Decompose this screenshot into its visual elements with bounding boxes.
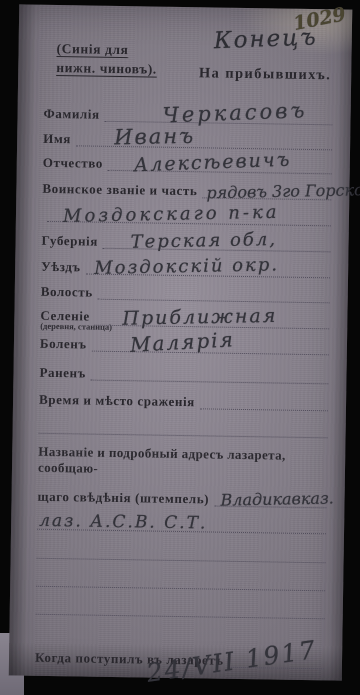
blank-line (37, 535, 326, 564)
dotted-line (37, 534, 326, 564)
field-wounded: Раненъ (39, 358, 328, 385)
field-village: Селеніе (деревня, станица) Приближная (40, 303, 329, 330)
rank-unit-label: Воинское званіе и часть (42, 181, 197, 198)
patronymic-value-handwritten: Алексѣевичъ (134, 149, 292, 177)
card-title: На прибывшихъ. (199, 65, 332, 84)
rank-unit-value-line2-handwritten: Моздокскаго п-ка (63, 202, 280, 227)
rank-unit-value-line1-handwritten: рядовъ 3го Горско- (206, 180, 360, 202)
surname-label: Фамилія (43, 106, 99, 122)
province-label: Губернія (41, 233, 98, 249)
field-sick: Боленъ Малярія (40, 329, 329, 356)
hospital-label-line2: щаго свѣдѣнія (штемпель) (37, 489, 209, 507)
hospital-value-line1-handwritten: Владикавказ. (220, 488, 334, 509)
field-surname: Фамилія Черкасовъ (43, 99, 332, 126)
sick-value-handwritten: Малярія (129, 327, 235, 357)
province-value-handwritten: Терская обл, (131, 229, 278, 253)
dotted-line (91, 358, 329, 385)
registration-card: 1029 Конецъ (Синія для нижн. чиновъ). На… (9, 4, 352, 680)
field-first-name: Имя Иванъ (43, 124, 332, 151)
dotted-line: лаз. А.С.В. С.Т. (37, 507, 326, 535)
dotted-line: Иванъ (76, 123, 333, 150)
field-hospital: щаго свѣдѣнія (штемпель) Владикавказ. (37, 482, 326, 509)
field-patronymic: Отчество Алексѣевичъ (43, 148, 332, 175)
dotted-line (36, 562, 325, 592)
dotted-line (36, 590, 325, 620)
dotted-line: Приближная (95, 303, 330, 330)
dotted-line (39, 411, 328, 439)
blank-line (36, 563, 325, 592)
patronymic-label: Отчество (43, 155, 103, 171)
hospital-label-line1: Названіе и подробный адресъ лазарета, со… (38, 444, 327, 481)
first-name-label: Имя (43, 131, 71, 146)
dotted-line: Терская обл, (103, 226, 331, 253)
dotted-line: Моздокскій окр. (86, 252, 331, 279)
hospital-value-line2-handwritten: лаз. А.С.В. С.Т. (39, 511, 207, 534)
field-hospital-continued: лаз. А.С.В. С.Т. (37, 508, 326, 535)
blank-line (36, 591, 325, 620)
battle-label: Время и мѣсто сраженія (39, 392, 195, 409)
field-rank-unit-continued: Моздокскаго п-ка (42, 200, 331, 227)
dotted-line (200, 386, 329, 411)
dotted-line (98, 277, 330, 304)
volost-label: Волость (41, 284, 93, 300)
field-province: Губернія Терская обл, (41, 226, 330, 253)
field-volost: Волость (41, 277, 330, 304)
field-battle: Время и мѣсто сраженія (39, 385, 328, 412)
field-admitted: Когда поступилъ въ лазаретъ 24/VII 1917 (35, 641, 324, 670)
dotted-line: рядовъ 3го Горско- (202, 175, 331, 200)
sick-label: Боленъ (40, 336, 87, 352)
first-name-value-handwritten: Иванъ (114, 124, 195, 150)
dotted-line: Черкасовъ (105, 99, 333, 126)
handwritten-top-note: Конецъ (214, 24, 319, 54)
field-district: Уѣздъ Моздокскій окр. (41, 252, 330, 279)
field-rank-unit: Воинское званіе и часть рядовъ 3го Горск… (42, 174, 331, 201)
dotted-line: Моздокскаго п-ка (47, 199, 331, 226)
blank-line (39, 412, 328, 439)
dotted-line: Владикавказ. (214, 484, 327, 509)
dotted-line: Алексѣевичъ (108, 148, 332, 175)
district-label: Уѣздъ (41, 259, 81, 275)
scanned-photo: 1029 Конецъ (Синія для нижн. чиновъ). На… (0, 0, 360, 695)
village-value-handwritten: Приближная (123, 305, 278, 330)
wounded-label: Раненъ (39, 365, 86, 381)
dotted-line: Малярія (92, 329, 330, 356)
district-value-handwritten: Моздокскій окр. (94, 254, 279, 279)
